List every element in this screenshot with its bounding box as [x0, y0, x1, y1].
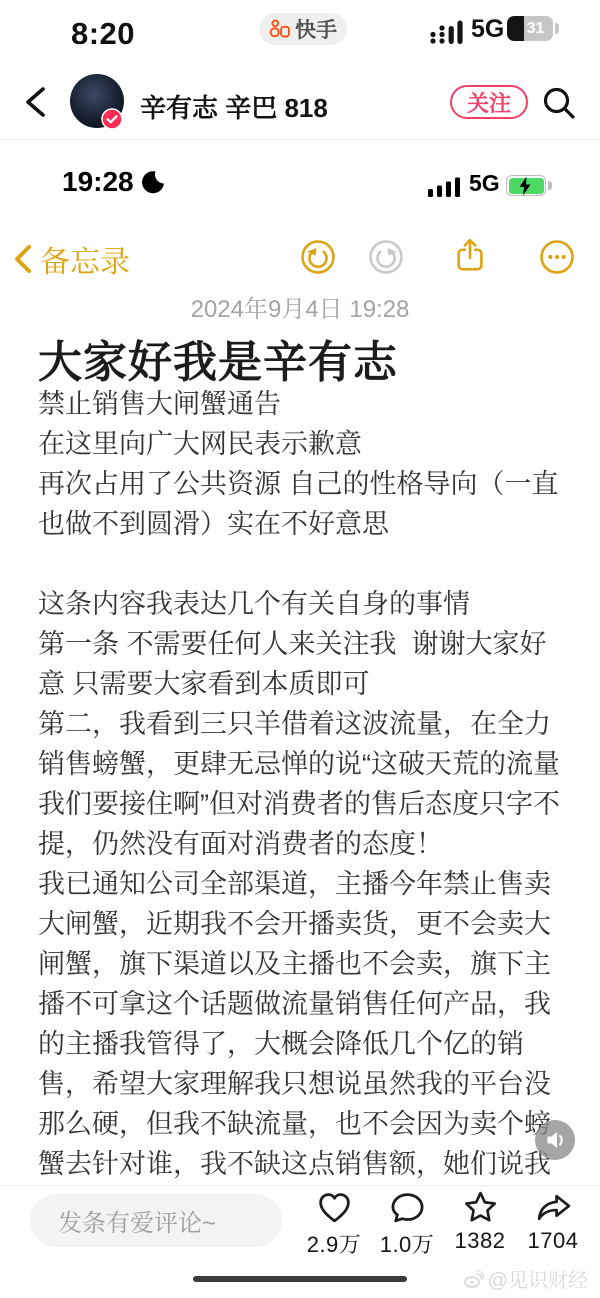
note-body-line: 禁止销售大闸蟹通告 [38, 384, 594, 424]
share-button[interactable]: 1704 [515, 1189, 591, 1254]
share-arrow-icon [535, 1189, 572, 1226]
home-indicator[interactable] [193, 1276, 407, 1282]
note-body-line: 再次占用了公共资源 自己的性格导向（一直 [38, 464, 594, 504]
redo-icon [367, 238, 405, 276]
note-body: 禁止销售大闸蟹通告 在这里向广大网民表示歉意 再次占用了公共资源 自己的性格导向… [38, 384, 594, 1184]
note-signal-icon [428, 176, 462, 198]
undo-icon [299, 238, 337, 276]
note-battery-cap [548, 181, 552, 190]
verified-badge-icon [101, 108, 123, 130]
watermark-text: @见识财经 [488, 1264, 588, 1293]
favorite-count: 1382 [455, 1228, 506, 1254]
note-body-line: 我已通知公司全部渠道，主播今年禁止售卖 [38, 864, 594, 904]
battery-icon: 31 [507, 16, 553, 41]
mute-button[interactable] [535, 1120, 575, 1160]
more-options-icon [538, 238, 576, 276]
like-button[interactable]: 2.9万 [296, 1189, 372, 1259]
weibo-icon [463, 1269, 485, 1289]
like-count: 2.9万 [307, 1228, 362, 1259]
kuaishou-badge: 快手 [259, 13, 347, 45]
notes-back-label: 备忘录 [40, 237, 130, 281]
notes-back-button: 备忘录 [12, 237, 130, 281]
note-body-line: 我们要接住啊”但对消费者的售后态度只字不 [38, 784, 594, 824]
note-body-line: 大闸蟹，近期我不会开播卖货，更不会卖大 [38, 904, 594, 944]
heart-icon [316, 1189, 353, 1226]
note-body-line: 闸蟹，旗下渠道以及主播也不会卖，旗下主 [38, 944, 594, 984]
comment-placeholder: 发条有爱评论~ [58, 1203, 216, 1238]
follow-button[interactable]: 关注 [450, 85, 528, 119]
comment-button[interactable]: 1.0万 [369, 1189, 445, 1259]
back-button[interactable] [20, 84, 54, 120]
note-status-time: 19:28 [62, 166, 165, 198]
note-body-line: 提，仍然没有面对消费者的态度！ [38, 824, 594, 864]
note-body-line [38, 544, 594, 584]
note-body-line: 这条内容我表达几个有关自身的事情 [38, 584, 594, 624]
note-body-line: 在这里向广大网民表示歉意 [38, 424, 594, 464]
star-icon [462, 1189, 499, 1226]
username[interactable]: 辛有志 辛巴 818 [140, 88, 328, 125]
note-body-line: 第一条 不需要任何人来关注我 谢谢大家好 [38, 624, 594, 664]
video-note-screenshot[interactable]: 19:28 5G 备忘录 [0, 140, 600, 1185]
speaker-icon [542, 1127, 568, 1153]
comment-input[interactable]: 发条有爱评论~ [30, 1194, 282, 1247]
note-body-line: 第二，我看到三只羊借着这波流量，在全力 [38, 704, 594, 744]
share-sheet-icon [451, 236, 489, 274]
battery-percent: 31 [518, 16, 553, 41]
comment-count: 1.0万 [380, 1228, 435, 1259]
battery-cap [555, 23, 559, 34]
favorite-button[interactable]: 1382 [442, 1189, 518, 1254]
cellular-signal-icon [429, 20, 465, 44]
screen: 8:20 快手 5G 31 辛有志 辛巴 818 关注 1 [0, 0, 600, 1298]
note-body-line: 意 只需要大家看到本质即可 [38, 664, 594, 704]
watermark: @见识财经 [463, 1264, 588, 1293]
note-battery-charging-icon [506, 175, 546, 196]
follow-button-label: 关注 [467, 87, 511, 118]
note-body-line: 的主播我管得了，大概会降低几个亿的销 [38, 1024, 594, 1064]
note-body-line: 售，希望大家理解我只想说虽然我的平台没 [38, 1064, 594, 1104]
chevron-left-icon [12, 243, 34, 275]
search-icon[interactable] [540, 84, 578, 122]
kuaishou-logo-icon [269, 18, 291, 40]
comment-bubble-icon [389, 1189, 426, 1226]
moon-icon [139, 169, 165, 195]
note-network-type: 5G [469, 170, 500, 197]
share-count: 1704 [528, 1228, 579, 1254]
network-type: 5G [471, 15, 504, 44]
kuaishou-badge-label: 快手 [295, 14, 337, 44]
status-time: 8:20 [55, 16, 151, 52]
note-body-line: 也做不到圆滑）实在不好意思 [38, 504, 594, 544]
note-body-line: 那么硬，但我不缺流量，也不会因为卖个螃 [38, 1104, 594, 1144]
note-body-line: 蟹去针对谁，我不缺这点销售额，她们说我 [38, 1144, 594, 1184]
note-title: 大家好我是辛有志 [38, 326, 398, 390]
note-body-line: 销售螃蟹，更肆无忌惮的说“这破天荒的流量 [38, 744, 594, 784]
note-body-line: 播不可拿这个话题做流量销售任何产品，我 [38, 984, 594, 1024]
note-date: 2024年9月4日 19:28 [0, 289, 600, 324]
